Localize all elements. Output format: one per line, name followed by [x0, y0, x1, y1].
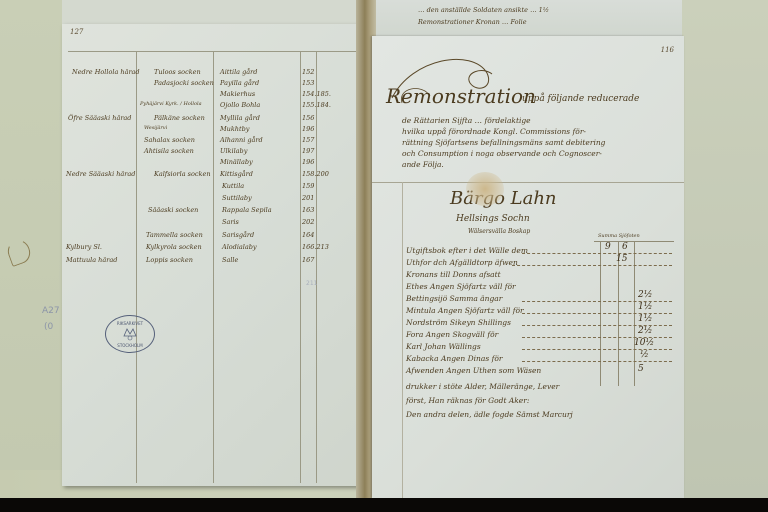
- heading-continuation: uppå följande reducerade: [522, 94, 639, 104]
- entry-amount: 1½: [638, 302, 652, 312]
- folio-cell: 202: [302, 218, 314, 226]
- entry-text: Ethes Angen Sjöfartz väll för: [406, 282, 516, 291]
- table-row: Tammella socken Sarisgård 164: [62, 231, 370, 242]
- amount-column-header: Summa Sjöfoten: [598, 233, 640, 239]
- intro-line: ande Följa.: [402, 160, 444, 169]
- intro-line: och Consumption i noga observande och Co…: [402, 149, 602, 158]
- entry-text: Uthfor dch Afgälldtorp äfwen: [406, 258, 518, 267]
- socken-cell: Pälkäne socken: [154, 114, 205, 122]
- folio-cell: 163: [302, 206, 314, 214]
- socken-cell: Tuloos socken: [154, 68, 201, 76]
- closing-line: Den andra delen, ädle fogde Sämst Marcur…: [406, 410, 573, 419]
- entry-text: Utgiftsbok efter i det Wälle dem: [406, 246, 528, 255]
- gard-cell: Aittila gård: [220, 68, 257, 76]
- header-rule: [68, 51, 368, 52]
- folio-cell: 167: [302, 256, 314, 264]
- entry-text: Bettingsijö Samma ängar: [406, 294, 502, 303]
- right-page: 116 Remonstration uppå följande reducera…: [372, 36, 684, 498]
- pencil-note-1: A27: [42, 306, 60, 316]
- water-stain: [466, 172, 504, 206]
- harad-cell: Mattuula härad: [66, 256, 117, 264]
- table-row: Kuttila 159: [62, 182, 370, 193]
- gard-cell: Makierhus: [220, 90, 255, 98]
- socken-cell: Sahalax socken: [144, 136, 195, 144]
- socken-cell: Pyhäjärvi Kyrk. / Hollola: [140, 101, 202, 107]
- margin-rule: [402, 182, 403, 498]
- intro-line: de Rättarien Sijfta … fördelaktige: [402, 116, 531, 125]
- folio-cell: 156: [302, 114, 314, 122]
- entry-amount: 1½: [638, 314, 652, 324]
- left-page-number: 127: [70, 28, 83, 36]
- harad-cell: Kylbury Sl.: [66, 243, 102, 251]
- entry-text: Kabacka Angen Dinas för: [406, 354, 502, 363]
- stamp-bottom-text: STOCKHOLM: [106, 343, 154, 348]
- gard-cell: Sarisgård: [222, 231, 254, 239]
- closing-line: först, Han räknas för Godt Aker:: [406, 396, 529, 405]
- gard-cell: Saris: [222, 218, 239, 226]
- table-row: Pyhäjärvi Kyrk. / Hollola Ojollo Bohla 1…: [62, 101, 370, 112]
- gard-cell: Salle: [222, 256, 238, 264]
- entry-amount: 2½: [638, 290, 652, 300]
- gard-cell: Ulkilaby: [220, 147, 247, 155]
- folio-cell: 157: [302, 136, 314, 144]
- closing-line: drukker i stöte Alder, Mälleränge, Lever: [406, 382, 559, 391]
- entry-amount: 10½: [634, 338, 654, 348]
- left-page: 127 Nedre Hollola härad Tuloos socken Ai…: [62, 24, 370, 486]
- section-rule: [372, 182, 684, 183]
- folio-cell: 201: [302, 194, 314, 202]
- dotted-leader: [522, 349, 672, 350]
- folio-cell: 196: [302, 125, 314, 133]
- entry-text: Mintula Angen Sjöfartz väll för: [406, 306, 524, 315]
- right-underlying-sheet: [682, 0, 768, 498]
- remonstration-heading: Remonstration: [386, 84, 536, 108]
- intro-line: rättning Sjöfartsens befallningsmäns sam…: [402, 138, 605, 147]
- left-page-underlay: [62, 0, 362, 26]
- folio-cell: 154.185.: [302, 90, 331, 98]
- folio-cell: 155.184.: [302, 101, 331, 109]
- strip-line-1: … den anställde Soldaten ansikte … 1½: [418, 6, 549, 14]
- table-row: Suttilaby 201: [62, 194, 370, 205]
- gard-cell: Suttilaby: [222, 194, 252, 202]
- archive-stamp: RIKSARKIVET STOCKHOLM: [105, 315, 155, 353]
- socken-cell: Ahtisila socken: [144, 147, 194, 155]
- folio-cell: 166.213: [302, 243, 329, 251]
- table-row: Nedre Hollola härad Tuloos socken Aittil…: [62, 68, 370, 79]
- harad-cell: Öfre Sääaski härad: [68, 114, 131, 122]
- table-row: Makierhus 154.185.: [62, 90, 370, 101]
- photo-border: [0, 498, 768, 512]
- table-row: Nedre Sääaski härad Kalfsiorla socken Ki…: [62, 170, 370, 181]
- entry-text: Afwenden Angen Uthen som Wäsen: [406, 366, 541, 375]
- gard-cell: Alhanni gård: [220, 136, 263, 144]
- gard-cell: Rappala Sepila: [222, 206, 272, 214]
- section-note: Wälsersvälla Boskap: [468, 228, 530, 235]
- table-row: Saris 202: [62, 218, 370, 229]
- folio-cell: 164: [302, 231, 314, 239]
- right-page-number: 116: [661, 46, 674, 54]
- table-row: Öfre Sääaski härad Pälkäne socken Myllil…: [62, 114, 370, 125]
- folio-cell: 197: [302, 147, 314, 155]
- table-row: Wesijärvi Mukhtby 196: [62, 125, 370, 136]
- entry-amount: 9: [605, 242, 611, 252]
- entry-text: Karl Johan Wällings: [406, 342, 481, 351]
- socken-cell: Tammella socken: [146, 231, 203, 239]
- table-row: Ahtisila socken Ulkilaby 197: [62, 147, 370, 158]
- strip-line-2: Remonstrationer Kronan … Folie: [418, 18, 527, 26]
- table-row: Padasjocki socken Payilla gård 153: [62, 79, 370, 90]
- socken-cell: Kalfsiorla socken: [154, 170, 211, 178]
- socken-cell: Loppis socken: [146, 256, 193, 264]
- gard-cell: Minällaby: [220, 158, 253, 166]
- harad-cell: Nedre Hollola härad: [72, 68, 140, 76]
- folio-cell: 196: [302, 158, 314, 166]
- socken-cell: Kylkyrola socken: [146, 243, 202, 251]
- entry-text: Fora Angen Skogväll för: [406, 330, 498, 339]
- table-row: Mattuula härad Loppis socken Salle 167: [62, 256, 370, 267]
- entry-amount: 2½: [638, 326, 652, 336]
- entry-text: Nordström Sikeyn Shillings: [406, 318, 511, 327]
- folio-cell: 153: [302, 79, 314, 87]
- socken-cell: Sääaski socken: [148, 206, 198, 214]
- table-row: Sahalax socken Alhanni gård 157: [62, 136, 370, 147]
- section-subtitle: Hellsings Sochn: [456, 214, 530, 224]
- gard-cell: Payilla gård: [220, 79, 259, 87]
- dotted-leader: [522, 361, 672, 362]
- table-row: Kylbury Sl. Kylkyrola socken Alodialaby …: [62, 243, 370, 254]
- dotted-leader: [512, 265, 672, 266]
- entry-amount: 6: [622, 242, 628, 252]
- entry-amount: 15: [616, 254, 627, 264]
- entry-amount: 5: [638, 364, 644, 374]
- gard-cell: Ojollo Bohla: [220, 101, 260, 109]
- socken-cell: Wesijärvi: [144, 125, 167, 131]
- pencil-note-2: (0: [44, 322, 53, 332]
- pencil-folio-note: 211: [306, 280, 317, 287]
- folio-cell: 152: [302, 68, 314, 76]
- margin-scribble: [5, 237, 34, 267]
- table-row: Minällaby 196: [62, 158, 370, 169]
- left-underlying-sheet: A27 (0: [0, 0, 70, 470]
- socken-cell: Padasjocki socken: [154, 79, 214, 87]
- entry-text: Kronans till Donns afsatt: [406, 270, 501, 279]
- dotted-leader: [522, 253, 672, 254]
- intro-line: hvilka uppå förordnade Kongl. Commission…: [402, 127, 586, 136]
- table-row: Sääaski socken Rappala Sepila 163: [62, 206, 370, 217]
- folio-cell: 159: [302, 182, 314, 190]
- gard-cell: Alodialaby: [222, 243, 257, 251]
- gard-cell: Kuttila: [222, 182, 244, 190]
- gard-cell: Mukhtby: [220, 125, 249, 133]
- gard-cell: Myllila gård: [220, 114, 260, 122]
- folio-cell: 158.200: [302, 170, 329, 178]
- right-page-top-strip: … den anställde Soldaten ansikte … 1½ Re…: [376, 0, 682, 40]
- gard-cell: Kittisgård: [220, 170, 253, 178]
- entry-amount: ½: [640, 350, 649, 360]
- harad-cell: Nedre Sääaski härad: [66, 170, 135, 178]
